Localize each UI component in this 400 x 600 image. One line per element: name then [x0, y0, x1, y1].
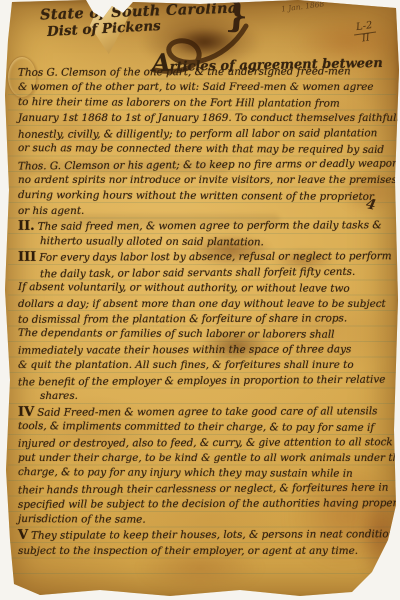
header-brace: }: [225, 0, 250, 37]
document-line: during working hours without the written…: [10, 186, 398, 203]
document-line: & quit the plantation. All such fines, &…: [10, 357, 398, 372]
document-line: or his agent.: [10, 203, 398, 218]
document-line: no ardent spirits nor introduce or invit…: [10, 172, 398, 187]
archival-catalog-mark: L-2 II: [353, 21, 378, 46]
document-line: subject to the inspection of their emplo…: [10, 543, 398, 558]
document-line: injured or destroyed, also to feed, & cu…: [10, 434, 398, 451]
document-line: to hire their time as laborers on the Fo…: [10, 94, 398, 111]
clause-marker: II.: [18, 219, 35, 234]
document-line: II.The said freed men, & women agree to …: [10, 218, 398, 235]
scanned-document-image: State of South Carolina Dist of Pickens …: [0, 0, 400, 600]
document-line: Thos G. Clemson of the one part, & the u…: [10, 63, 398, 80]
clause-marker: III: [18, 250, 36, 265]
document-line: If absent voluntarily, or without author…: [10, 279, 398, 296]
document-line: dollars a day; if absent more than one d…: [10, 296, 398, 311]
paper-sheet: State of South Carolina Dist of Pickens …: [0, 0, 400, 600]
archival-date: 1 Jan. 1868: [281, 0, 325, 14]
document-body: Thos G. Clemson of the one part, & the u…: [10, 64, 398, 558]
document-line: Thos. G. Clemson or his agent; & to keep…: [10, 155, 398, 173]
clause-marker: V: [18, 528, 28, 543]
document-line: put under their charge, to be kind & gen…: [10, 450, 398, 465]
document-line: specified will be subject to the decisio…: [10, 495, 398, 512]
document-line: tools, & impliments committed to their c…: [10, 418, 398, 435]
document-line: immediately vacate their houses within t…: [10, 341, 398, 358]
document-line: shares.: [10, 388, 398, 403]
document-line: VThey stipulate to keep their houses, lo…: [10, 526, 398, 543]
document-line: January 1st 1868 to 1st of January 1869.…: [10, 110, 398, 125]
document-line: & women of the other part, to wit: Said …: [10, 79, 398, 94]
document-line: The dependants or families of such labor…: [10, 325, 398, 342]
document-line: the benefit of the employer & employes i…: [10, 371, 398, 389]
